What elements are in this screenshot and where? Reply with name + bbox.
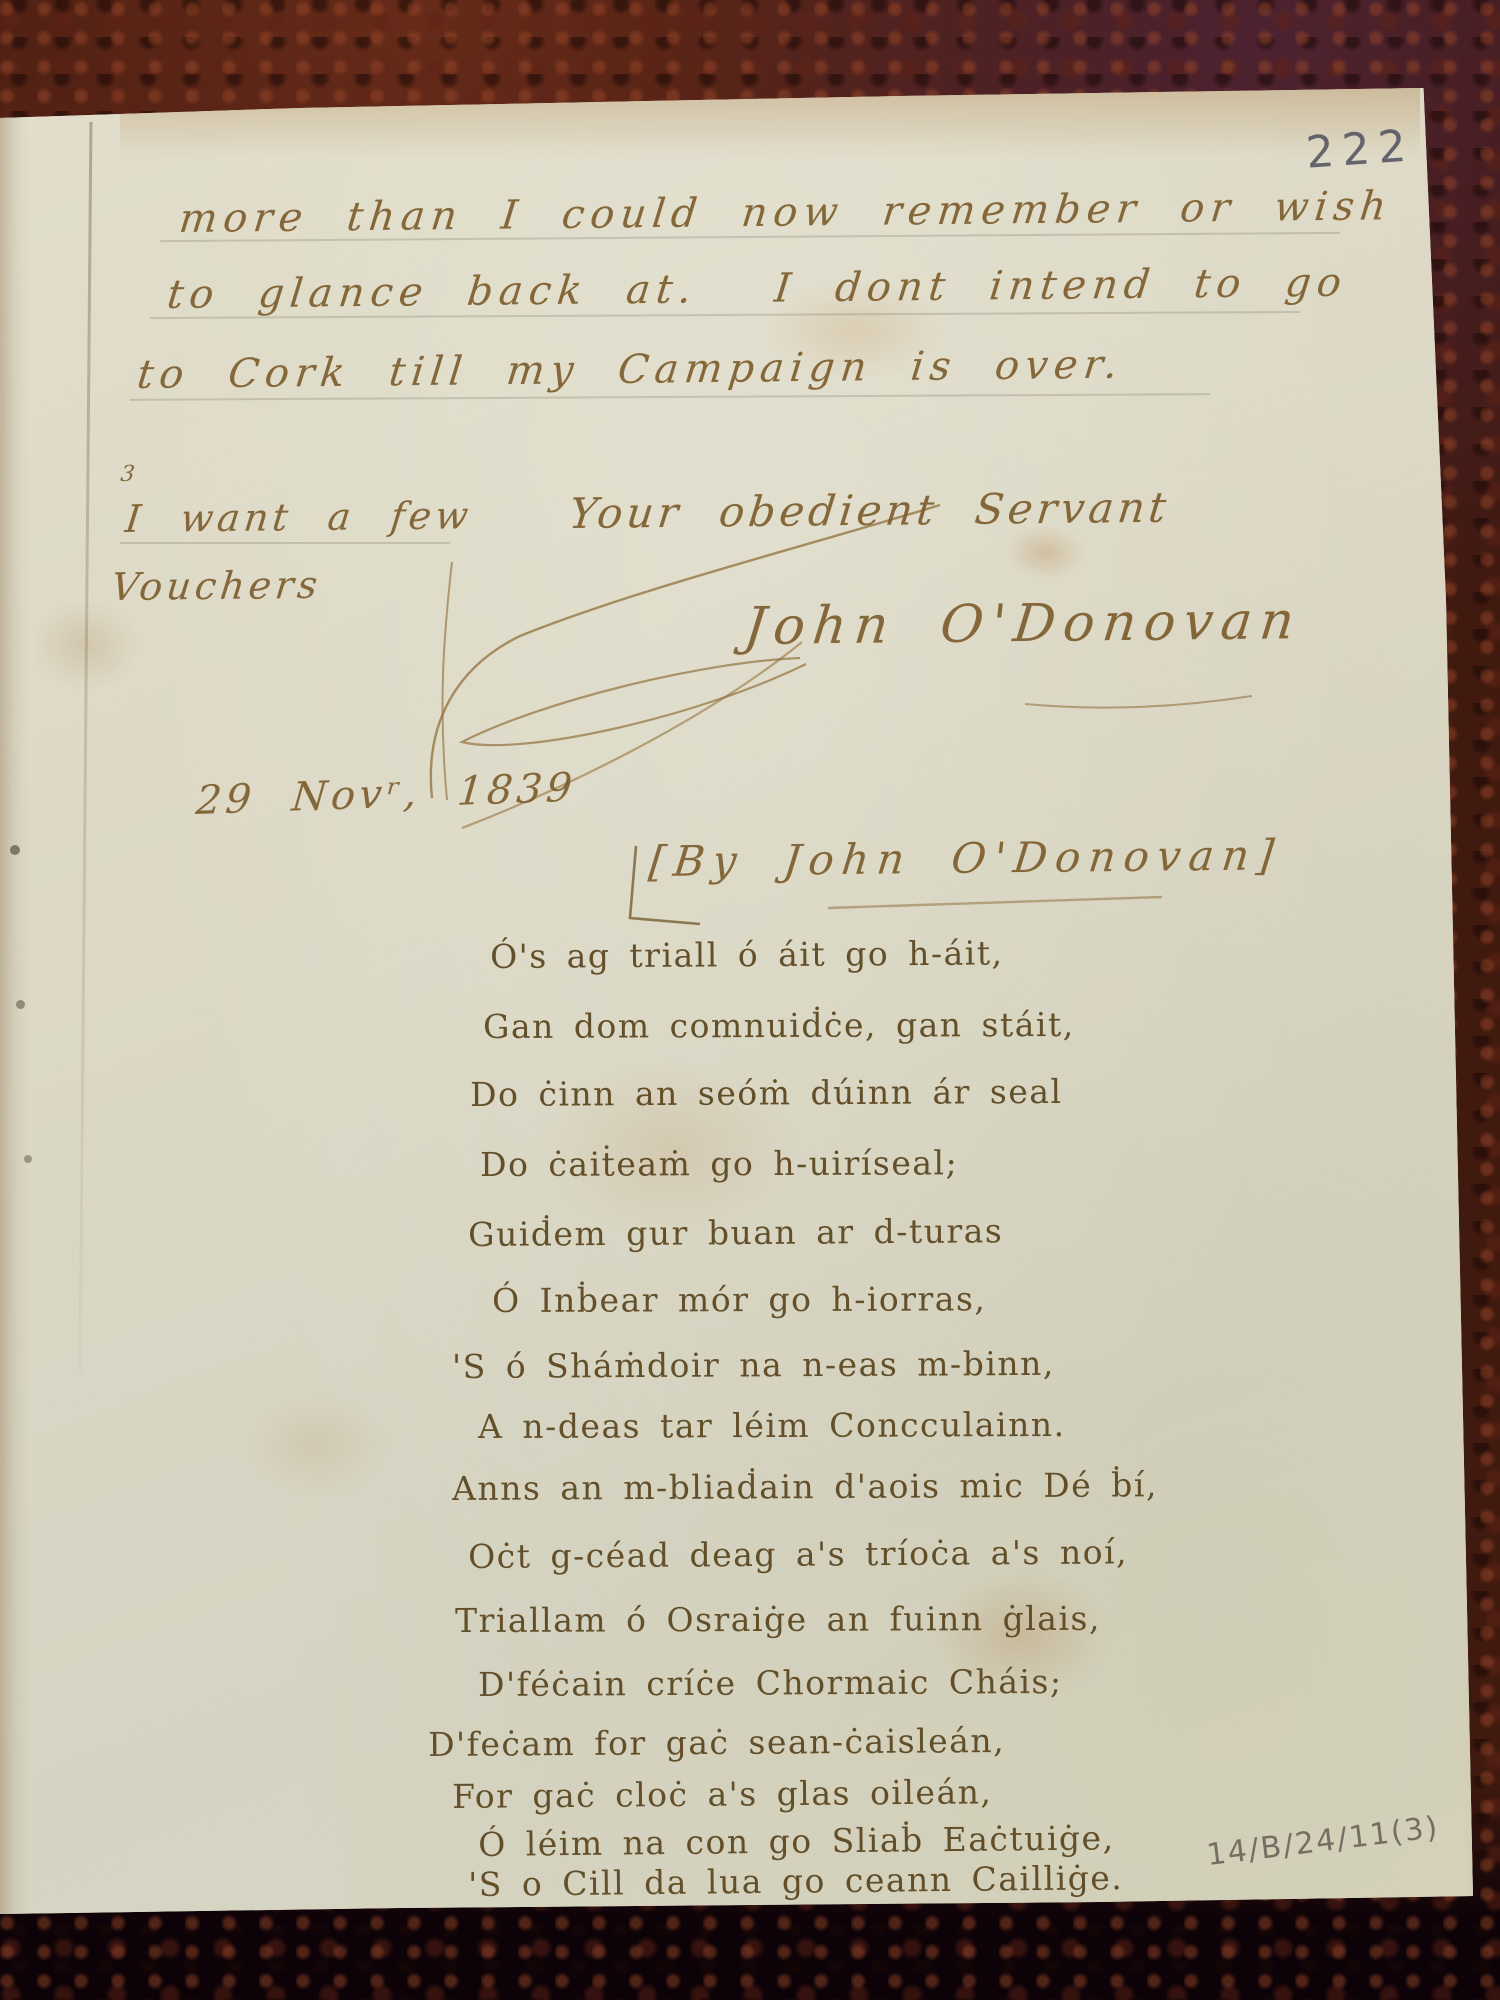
- poem-line: Triallam ó Osraiġe an fuinn ġlais,: [455, 1600, 1101, 1640]
- poem-line: D'féċain críċe Chormaic Cháis;: [478, 1663, 1063, 1704]
- poem-attribution: [By John O'Donovan]: [647, 831, 1285, 886]
- poem-line: Guiḋem gur buan ar d-turas: [468, 1212, 1003, 1254]
- poem-line: 'S ó Sháṁdoir na n-eas m-binn,: [452, 1345, 1055, 1386]
- pencil-guideline: [120, 542, 450, 544]
- poem-line: Do ċinn an seóṁ dúinn ár seal: [470, 1073, 1063, 1114]
- letter-closing: Your obedient Servant: [567, 484, 1173, 539]
- margin-note-line: I want a few: [123, 494, 474, 541]
- binding-speck: [24, 1155, 32, 1163]
- binding-speck: [10, 845, 20, 855]
- poem-line: D'feċam for gaċ sean-ċaisleán,: [428, 1722, 1005, 1764]
- poem-line: For gaċ cloċ a's glas oileán,: [452, 1773, 993, 1816]
- binding-speck: [16, 1000, 25, 1009]
- signature: John O'Donovan: [741, 592, 1305, 658]
- poem-line: Ó's ag triall ó áit go h-áit,: [490, 934, 1004, 976]
- poem-line: Do ċaiṫeaṁ go h-uiríseal;: [480, 1144, 958, 1184]
- foxing-stain: [120, 88, 1420, 158]
- poem-line: Gan dom comnuiḋċe, gan stáit,: [483, 1006, 1075, 1046]
- poem-line: Ó léim na con go Sliaḃ Eaċtuiġe,: [478, 1819, 1115, 1864]
- poem-line: A n-deas tar léim Concculainn.: [478, 1406, 1066, 1446]
- poem-line: 'S o Cill da lua go ceann Cailliġe.: [468, 1859, 1124, 1904]
- poem-line: Oċt g-céad deag a's tríoċa a's noí,: [468, 1533, 1128, 1576]
- page-number: 222: [1304, 120, 1415, 178]
- foxing-stain: [30, 600, 140, 690]
- poem-line: Ó Inḃear mór go h-iorras,: [492, 1280, 986, 1320]
- margin-note-line: Vouchers: [109, 564, 323, 610]
- poem-line: Anns an m-bliaḋain d'aois mic Dé ḃí,: [452, 1466, 1158, 1508]
- manuscript-photo: 222 more than I could now remember or wi…: [0, 0, 1500, 2000]
- foxing-stain: [240, 1390, 390, 1500]
- page-fold-crease: [79, 122, 93, 1372]
- margin-insertion-mark: 3: [119, 462, 136, 487]
